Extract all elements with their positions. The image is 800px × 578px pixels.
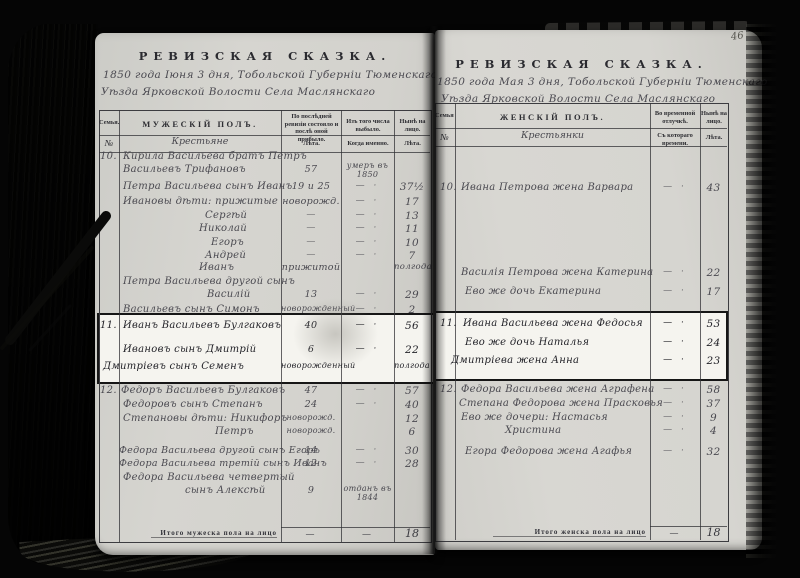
age-last-revision: 57 xyxy=(281,164,341,175)
departed-note: умеръ въ 1850 xyxy=(342,162,393,180)
table-row: Иванъ прижитой полгода xyxy=(95,262,435,276)
person-name: Васильевъ сынъ Симонъ xyxy=(123,304,260,315)
total-label: Итого женска пола на лицо xyxy=(493,528,646,537)
family-number: 12. xyxy=(100,385,120,396)
leader-dashes xyxy=(652,425,698,435)
table-row: Васильевъ Трифановъ 57 умеръ въ 1850 xyxy=(95,164,435,178)
age-now: 56 xyxy=(394,320,430,332)
person-name: Егора Федорова жена Агафья xyxy=(465,446,632,457)
note-last-revision: новорожденный xyxy=(281,361,341,370)
person-name: Николай xyxy=(199,223,247,234)
age-now: 32 xyxy=(700,446,727,458)
age-last-revision: 24 xyxy=(281,399,341,410)
table-row: Ево же дочери: Настасья 9 xyxy=(435,412,762,426)
table-row: Николай 11 xyxy=(95,223,435,237)
age-now: 17 xyxy=(394,196,430,208)
leader-dashes xyxy=(344,385,391,395)
estate-label: Крестьяне xyxy=(119,136,281,147)
leader-dashes xyxy=(344,344,391,354)
table-row: Федоровъ сынъ Степанъ 24 40 xyxy=(95,399,435,413)
age-now: 24 xyxy=(700,337,727,349)
age-now: 29 xyxy=(394,289,430,301)
footer-dash xyxy=(281,530,341,540)
table-row: Василія Петрова жена Катерина 22 xyxy=(435,267,762,281)
age-now: полгода xyxy=(394,262,430,272)
age-last-revision: 40 xyxy=(281,320,341,331)
subcol-years: Лѣта. xyxy=(283,140,340,148)
col-header-female-sex: ЖЕНСКІЙ ПОЛЪ. xyxy=(455,112,650,122)
col-header-male-sex: МУЖЕСКІЙ ПОЛЪ. xyxy=(119,119,281,129)
leader-dashes xyxy=(284,237,338,247)
person-name: Федоръ Васильевъ Булгаковъ xyxy=(121,385,285,396)
leader-dashes xyxy=(344,210,391,220)
page-title: РЕВИЗСКАЯ СКАЗКА. xyxy=(435,57,728,71)
age-now: 17 xyxy=(700,286,727,298)
age-now: 12 xyxy=(394,413,430,425)
person-name: Петра Васильева сынъ Иванъ xyxy=(123,181,292,192)
table-row-highlighted: 11. Иванъ Васильевъ Булгаковъ 40 56 xyxy=(95,320,435,334)
age-now: 4 xyxy=(700,425,727,437)
table-row: 12. Федора Васильева жена Аграфена 58 xyxy=(435,384,762,398)
family-number: 11. xyxy=(440,318,460,329)
person-name: Дмитріева жена Анна xyxy=(451,355,579,366)
table-row: Ивановы дѣти: прижитые новорожд. 17 xyxy=(95,196,435,210)
family-number: 10. xyxy=(100,151,120,162)
family-number: 12. xyxy=(440,384,460,395)
age-now: 22 xyxy=(700,267,727,279)
age-last-revision: 9 xyxy=(281,485,341,496)
grid-line xyxy=(435,128,727,129)
leader-dashes xyxy=(344,304,391,314)
age-now: 13 xyxy=(394,210,430,222)
age-now: 58 xyxy=(700,384,727,396)
table-row-highlighted: Дмитріевъ сынъ Семенъ новорожденный полг… xyxy=(95,361,435,375)
col-header-departed: Изъ того числа выбыло. xyxy=(343,118,393,133)
page-number: 46 xyxy=(730,30,744,43)
table-row-highlighted: Ево же дочь Наталья 24 xyxy=(435,337,762,351)
leader-dashes xyxy=(652,446,698,456)
leader-dashes xyxy=(344,445,391,455)
col-header-family: Семья. xyxy=(99,119,119,127)
total-on-hand: 18 xyxy=(700,526,727,539)
age-now: полгода xyxy=(394,361,430,370)
age-now: 28 xyxy=(394,458,430,470)
footer-dash xyxy=(650,529,700,539)
col-header-last-revision: По послѣдней ревизіи состояло и послѣ он… xyxy=(283,113,340,143)
table-row: Христина 4 xyxy=(435,425,762,439)
person-name: сынъ Алексѣй xyxy=(185,485,265,496)
col-header-away: Во временной отлучкѣ. xyxy=(652,110,698,125)
col-header-family: Семья. xyxy=(435,112,454,120)
table-row: Егоръ 10 xyxy=(95,237,435,251)
leader-dashes xyxy=(652,267,698,277)
table-row-highlighted: 11. Ивана Васильева жена Федосья 53 xyxy=(435,318,762,332)
family-number: 10. xyxy=(440,182,460,193)
age-now: 40 xyxy=(394,399,430,411)
estate-label: Крестьянки xyxy=(455,130,650,141)
leader-dashes xyxy=(652,286,698,296)
note-last-revision: прижитой xyxy=(281,262,341,273)
table-row: Егора Федорова жена Агафья 32 xyxy=(435,446,762,460)
table-row: сынъ Алексѣй 9 отданъ въ 1844 xyxy=(95,485,435,499)
table-row: Степановы дѣти: Никифоръ новорожд. 12 xyxy=(95,413,435,427)
age-last-revision: 47 xyxy=(281,385,341,396)
col-header-now: Нынѣ на лицо. xyxy=(395,118,430,133)
date-line: 1850 года Іюня 3 дня, Тобольской Губерні… xyxy=(103,69,437,81)
date-line: 1850 года Мая 3 дня, Тобольской Губерніи… xyxy=(437,76,768,88)
person-name: Степановы дѣти: Никифоръ xyxy=(123,413,288,424)
person-name: Федоровъ сынъ Степанъ xyxy=(123,399,263,410)
age-last-revision: новорожд. xyxy=(281,196,341,207)
person-name: Иванъ Васильевъ Булгаковъ xyxy=(123,320,281,331)
leader-dashes xyxy=(284,250,338,260)
age-now: 11 xyxy=(394,223,430,235)
table-row: Петра Васильева сынъ Иванъ 19 и 25 37½ xyxy=(95,181,435,195)
person-name: Ивана Петрова жена Варвара xyxy=(461,182,633,193)
table-row: Василій 13 29 xyxy=(95,289,435,303)
age-now: 23 xyxy=(700,355,727,367)
person-name: Ивановы дѣти: прижитые xyxy=(123,196,278,207)
pen-shape xyxy=(0,202,130,352)
table-row: Федора Васильева другой сынъ Егоръ 14 30 xyxy=(95,445,435,459)
person-name: Дмитріевъ сынъ Семенъ xyxy=(103,361,244,372)
person-name: Петра Васильева другой сынъ xyxy=(123,276,295,287)
leader-dashes xyxy=(344,320,391,330)
leader-dashes xyxy=(344,289,391,299)
table-row: Ево же дочь Екатерина 17 xyxy=(435,286,762,300)
person-name: Федора Васильева четвертый xyxy=(123,472,295,483)
table-row: Петра Васильева другой сынъ xyxy=(95,276,435,290)
age-now: 6 xyxy=(394,426,430,438)
person-name: Иванъ xyxy=(199,262,234,273)
age-now: 37 xyxy=(700,398,727,410)
table-row-highlighted: Дмитріева жена Анна 23 xyxy=(435,355,762,369)
leader-dashes xyxy=(652,398,698,408)
age-now: 10 xyxy=(394,237,430,249)
age-now: 9 xyxy=(700,412,727,424)
leader-dashes xyxy=(652,384,698,394)
person-name: Степана Федорова жена Прасковья xyxy=(459,398,663,409)
leader-dashes xyxy=(652,355,698,365)
leader-dashes xyxy=(344,250,391,260)
pen-object xyxy=(0,202,130,352)
total-label: Итого мужеска пола на лицо xyxy=(151,529,277,538)
age-now: 57 xyxy=(394,385,430,397)
age-last-revision: 12 xyxy=(281,458,341,469)
age-last-revision: 14 xyxy=(281,445,341,456)
table-row: Степана Федорова жена Прасковья 37 xyxy=(435,398,762,412)
subcol-when: Когда именно. xyxy=(343,140,393,148)
person-name: Андрей xyxy=(205,250,246,261)
leader-dashes xyxy=(344,399,391,409)
age-last-revision: 13 xyxy=(281,289,341,300)
note-last-revision: новорожд. xyxy=(281,413,341,422)
person-name: Ево же дочь Екатерина xyxy=(465,286,601,297)
leader-dashes xyxy=(284,210,338,220)
age-now: 7 xyxy=(394,250,430,262)
col-header-now: Нынѣ на лицо. xyxy=(701,110,727,125)
leader-dashes xyxy=(284,223,338,233)
age-now: 2 xyxy=(394,304,430,316)
page-title: РЕВИЗСКАЯ СКАЗКА. xyxy=(99,49,431,63)
total-on-hand: 18 xyxy=(394,527,430,540)
leader-dashes xyxy=(344,237,391,247)
age-last-revision: 19 и 25 xyxy=(281,181,341,192)
right-page: РЕВИЗСКАЯ СКАЗКА. 1850 года Мая 3 дня, Т… xyxy=(435,30,762,550)
place-line: Уѣзда Ярковской Волости Села Маслянскаго xyxy=(441,93,715,105)
leader-dashes xyxy=(344,181,391,191)
person-name: Ево же дочь Наталья xyxy=(465,337,589,348)
person-name: Петръ xyxy=(215,426,254,437)
table-row: Сергѣй 13 xyxy=(95,210,435,224)
left-page: РЕВИЗСКАЯ СКАЗКА. 1850 года Іюня 3 дня, … xyxy=(95,33,435,555)
note-last-revision: новорожд. xyxy=(281,426,341,435)
leader-dashes xyxy=(344,458,391,468)
person-name: Василій xyxy=(207,289,250,300)
person-name: Сергѣй xyxy=(205,210,247,221)
age-now: 37½ xyxy=(394,181,430,193)
person-name: Федора Васильева жена Аграфена xyxy=(461,384,654,395)
table-row: 12. Федоръ Васильевъ Булгаковъ 47 57 xyxy=(95,385,435,399)
footer-dash xyxy=(341,530,394,540)
leader-dashes xyxy=(344,196,391,206)
person-name: Ивановъ сынъ Дмитрій xyxy=(123,344,256,355)
leader-dashes xyxy=(344,223,391,233)
departed-note: отданъ въ 1844 xyxy=(342,485,393,503)
subcol-years2: Лѣта. xyxy=(395,140,430,148)
leader-dashes xyxy=(652,337,698,347)
age-now: 43 xyxy=(700,182,727,194)
book-scan: РЕВИЗСКАЯ СКАЗКА. 1850 года Іюня 3 дня, … xyxy=(0,0,800,578)
subcol-since: Съ котораго времени. xyxy=(652,132,698,147)
age-now: 22 xyxy=(394,344,430,356)
person-name: Васильевъ Трифановъ xyxy=(123,164,246,175)
col-header-number: № xyxy=(99,138,119,149)
subcol-years: Лѣта. xyxy=(701,134,727,142)
leader-dashes xyxy=(652,182,698,192)
table-row-highlighted: Ивановъ сынъ Дмитрій 6 22 xyxy=(95,344,435,358)
leader-dashes xyxy=(652,318,698,328)
age-now: 30 xyxy=(394,445,430,457)
place-line: Уѣзда Ярковской Волости Села Маслянскаго xyxy=(101,86,375,98)
person-name: Ево же дочери: Настасья xyxy=(461,412,608,423)
leader-dashes xyxy=(652,412,698,422)
page-right-torn-edge xyxy=(746,24,792,558)
person-name: Егоръ xyxy=(211,237,244,248)
table-row: Петръ новорожд. 6 xyxy=(95,426,435,440)
table-row: Васильевъ сынъ Симонъ новорожденный 2 xyxy=(95,304,435,318)
age-now: 53 xyxy=(700,318,727,330)
table-row: Федора Васильева третій сынъ Иванъ 12 28 xyxy=(95,458,435,472)
person-name: Христина xyxy=(505,425,561,436)
col-header-number: № xyxy=(435,132,454,143)
table-row: 10. Ивана Петрова жена Варвара 43 xyxy=(435,182,762,196)
person-name: Василія Петрова жена Катерина xyxy=(461,267,653,278)
age-last-revision: 6 xyxy=(281,344,341,355)
person-name: Кирила Васильева братъ Петръ xyxy=(123,151,307,162)
note-last-revision: новорожденный xyxy=(281,304,341,313)
person-name: Ивана Васильева жена Федосья xyxy=(463,318,643,329)
